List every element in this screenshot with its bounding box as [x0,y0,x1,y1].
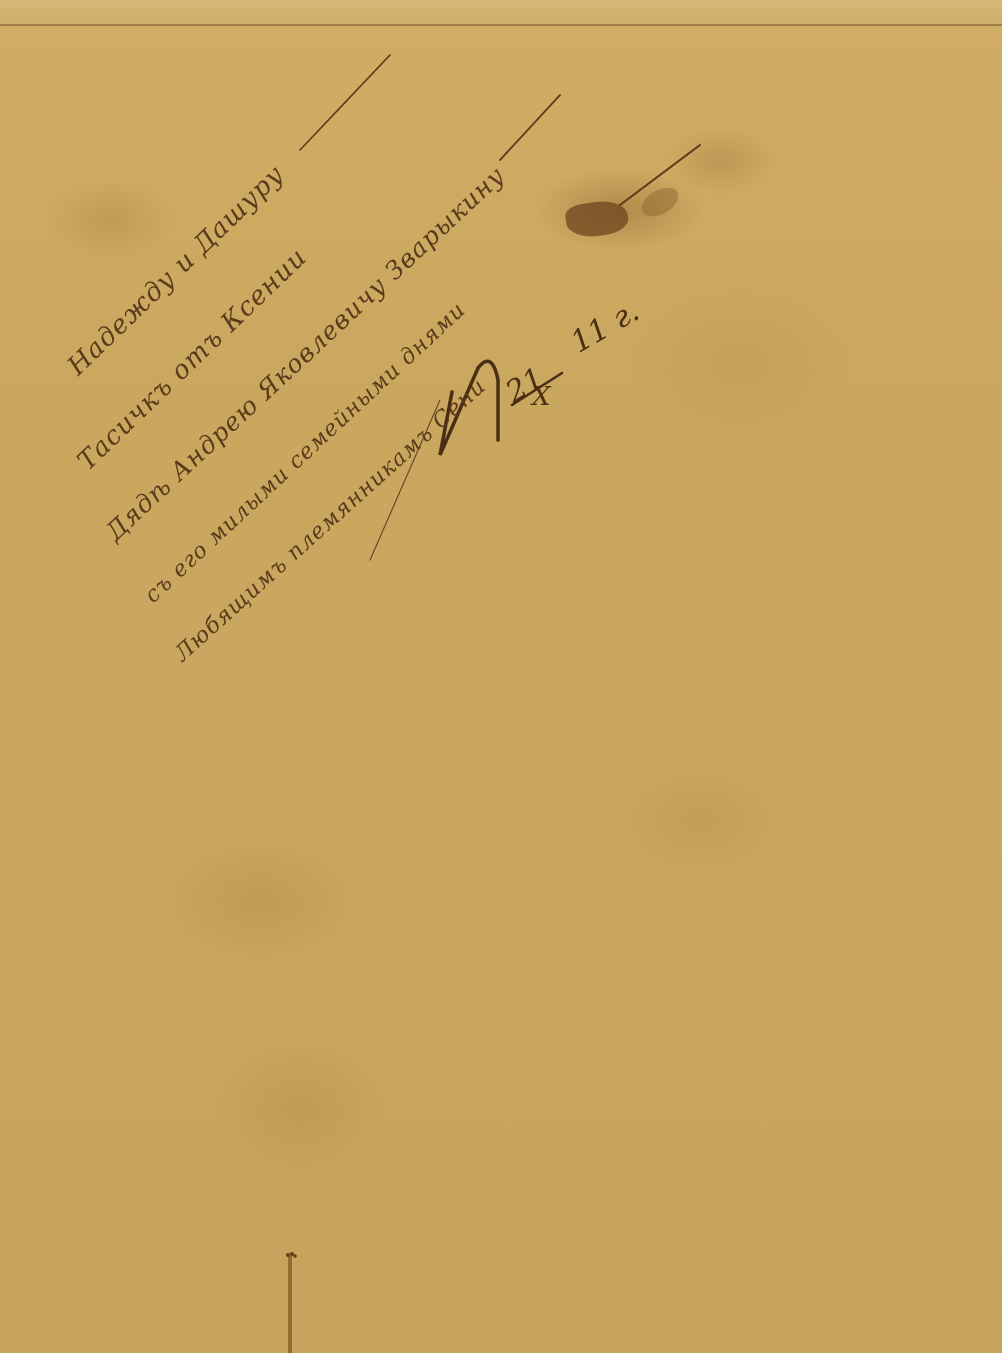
inscription-line-3: Дядѣ Андрею Яковлевичу Зварыкину [100,161,510,547]
date-month: X [532,382,551,412]
inscription: Надежду и Дашуру Тасичкъ отъ Ксении Дядѣ… [0,0,1002,700]
bottom-ink-mark [285,1252,297,1353]
document-sheet: Надежду и Дашуру Тасичкъ отъ Ксении Дядѣ… [0,0,1002,1353]
inscription-line-1: Надежду и Дашуру [62,160,290,382]
